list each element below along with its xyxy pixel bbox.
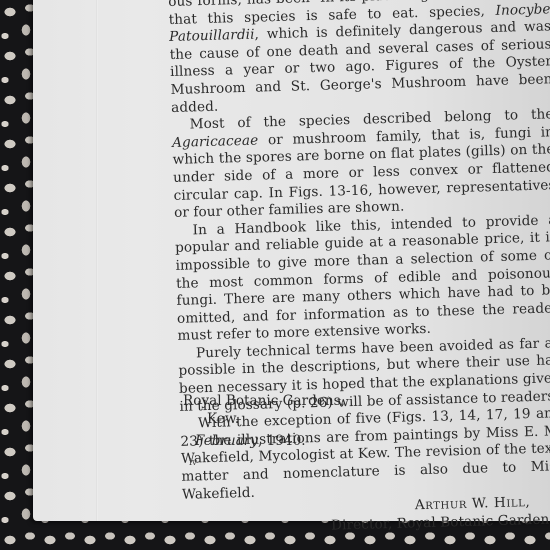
page-number: iv [183, 454, 345, 472]
page-crease [96, 0, 98, 521]
footer-place-kew: Kew. [183, 410, 345, 428]
footer-block: Royal Botanic Gardens, Kew. February, 19… [183, 392, 345, 472]
paragraph-agaricaceae: Most of the species described belong to … [171, 106, 550, 222]
footer-year: , 1940. [258, 433, 306, 449]
footer-place: Royal Botanic Gardens, [183, 393, 345, 409]
paragraph-intro: ous forms, has been In its place is give… [168, 0, 550, 117]
paragraph-handbook: In a Handbook like this, intended to pro… [174, 212, 550, 346]
footer-date: February, 1940. [183, 432, 345, 450]
family-name-italic: Agaricaceae [172, 132, 259, 150]
footer-month: February [195, 433, 258, 449]
